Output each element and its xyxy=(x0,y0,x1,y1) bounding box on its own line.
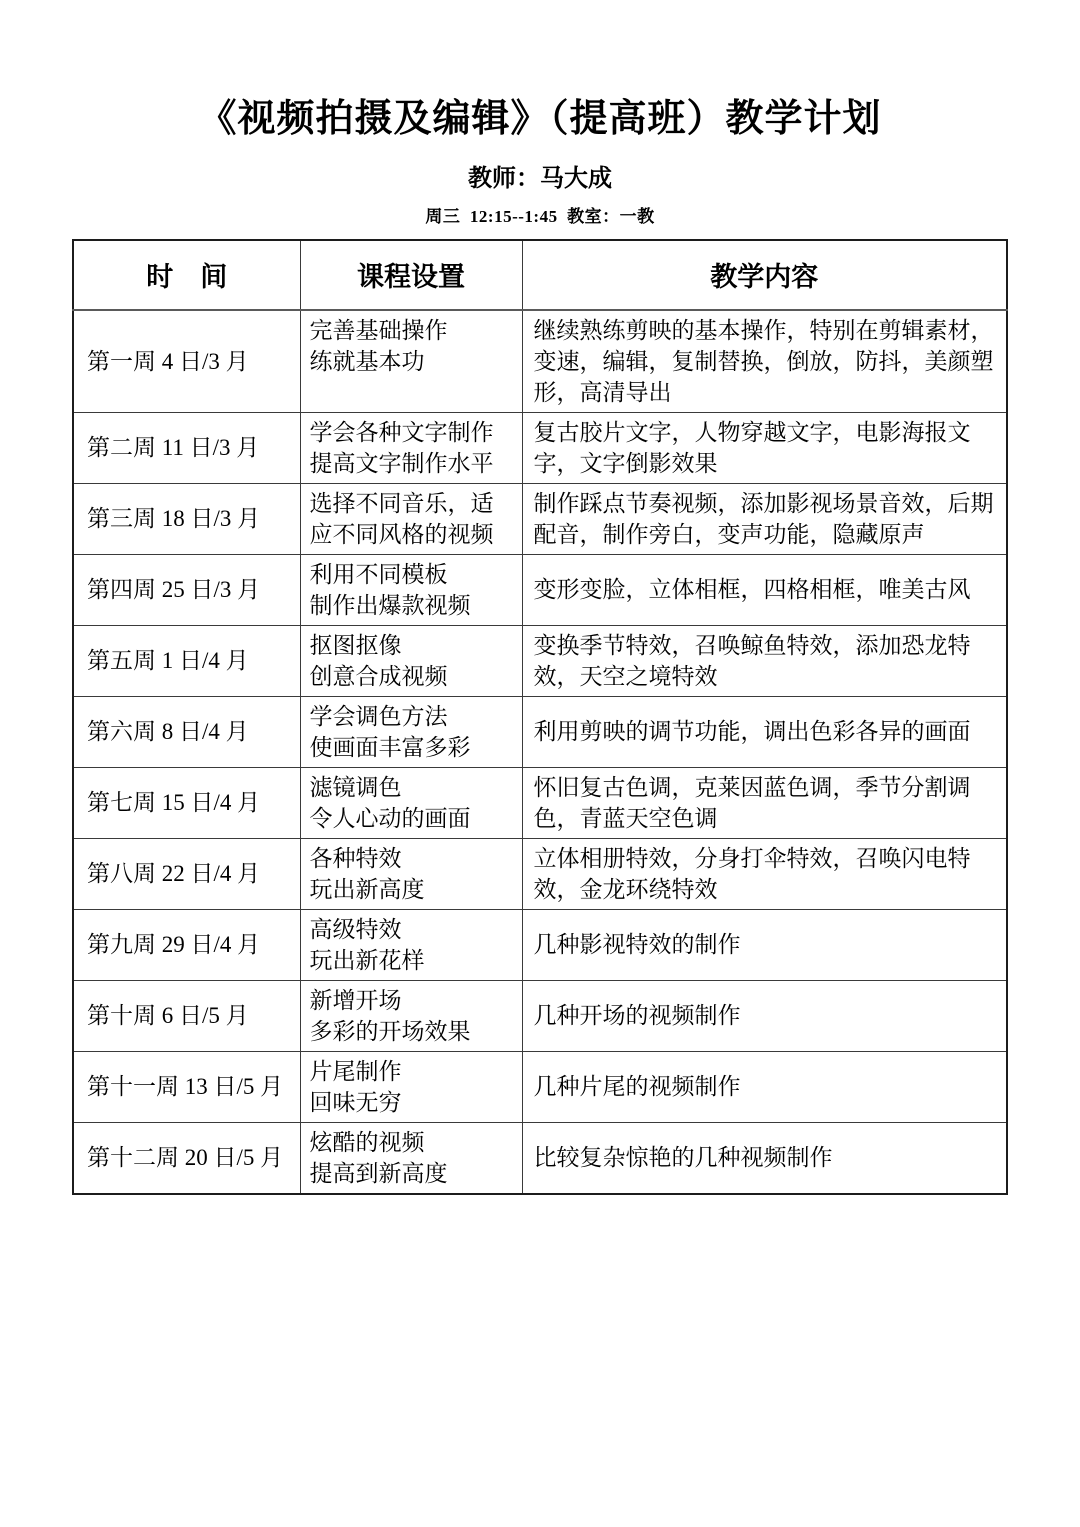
table-row: 第一周 4 日/3 月 完善基础操作 练就基本功 继续熟练剪映的基本操作，特别在… xyxy=(73,310,1007,413)
cell-course: 完善基础操作 练就基本功 xyxy=(300,310,522,413)
teaching-plan-table: 时 间 课程设置 教学内容 第一周 4 日/3 月 完善基础操作 练就基本功 继… xyxy=(72,239,1008,1195)
cell-course: 滤镜调色 令人心动的画面 xyxy=(300,767,522,838)
cell-time: 第十周 6 日/5 月 xyxy=(73,980,300,1051)
cell-time: 第三周 18 日/3 月 xyxy=(73,483,300,554)
cell-content: 几种影视特效的制作 xyxy=(522,909,1007,980)
column-header-time: 时 间 xyxy=(73,240,300,310)
cell-time: 第四周 25 日/3 月 xyxy=(73,554,300,625)
column-header-course: 课程设置 xyxy=(300,240,522,310)
cell-course: 炫酷的视频 提高到新高度 xyxy=(300,1122,522,1194)
cell-time: 第七周 15 日/4 月 xyxy=(73,767,300,838)
cell-course: 选择不同音乐，适应不同风格的视频 xyxy=(300,483,522,554)
table-row: 第五周 1 日/4 月 抠图抠像 创意合成视频 变换季节特效，召唤鲸鱼特效，添加… xyxy=(73,625,1007,696)
cell-course: 抠图抠像 创意合成视频 xyxy=(300,625,522,696)
cell-time: 第五周 1 日/4 月 xyxy=(73,625,300,696)
document-page: 《视频拍摄及编辑》（提高班）教学计划 教师：马大成 周三 12:15--1:45… xyxy=(0,0,1080,1527)
cell-content: 复古胶片文字，人物穿越文字，电影海报文字，文字倒影效果 xyxy=(522,412,1007,483)
cell-content: 立体相册特效，分身打伞特效，召唤闪电特效，金龙环绕特效 xyxy=(522,838,1007,909)
cell-content: 几种片尾的视频制作 xyxy=(522,1051,1007,1122)
column-header-content: 教学内容 xyxy=(522,240,1007,310)
cell-content: 变形变脸，立体相框，四格相框，唯美古风 xyxy=(522,554,1007,625)
table-row: 第六周 8 日/4 月 学会调色方法 使画面丰富多彩 利用剪映的调节功能，调出色… xyxy=(73,696,1007,767)
cell-content: 继续熟练剪映的基本操作，特别在剪辑素材，变速，编辑，复制替换，倒放，防抖，美颜塑… xyxy=(522,310,1007,413)
cell-course: 各种特效 玩出新高度 xyxy=(300,838,522,909)
table-row: 第九周 29 日/4 月 高级特效 玩出新花样 几种影视特效的制作 xyxy=(73,909,1007,980)
cell-course: 利用不同模板 制作出爆款视频 xyxy=(300,554,522,625)
cell-content: 怀旧复古色调，克莱因蓝色调，季节分割调色，青蓝天空色调 xyxy=(522,767,1007,838)
table-row: 第二周 11 日/3 月 学会各种文字制作 提高文字制作水平 复古胶片文字，人物… xyxy=(73,412,1007,483)
teacher-line: 教师：马大成 xyxy=(0,158,1080,193)
table-row: 第十一周 13 日/5 月 片尾制作 回味无穷 几种片尾的视频制作 xyxy=(73,1051,1007,1122)
page-title: 《视频拍摄及编辑》（提高班）教学计划 xyxy=(0,0,1080,142)
cell-content: 变换季节特效，召唤鲸鱼特效，添加恐龙特效，天空之境特效 xyxy=(522,625,1007,696)
cell-time: 第二周 11 日/3 月 xyxy=(73,412,300,483)
schedule-line: 周三 12:15--1:45 教室：一教 xyxy=(0,202,1080,227)
table-row: 第三周 18 日/3 月 选择不同音乐，适应不同风格的视频 制作踩点节奏视频，添… xyxy=(73,483,1007,554)
table-row: 第四周 25 日/3 月 利用不同模板 制作出爆款视频 变形变脸，立体相框，四格… xyxy=(73,554,1007,625)
table-row: 第十周 6 日/5 月 新增开场 多彩的开场效果 几种开场的视频制作 xyxy=(73,980,1007,1051)
table-row: 第七周 15 日/4 月 滤镜调色 令人心动的画面 怀旧复古色调，克莱因蓝色调，… xyxy=(73,767,1007,838)
cell-course: 高级特效 玩出新花样 xyxy=(300,909,522,980)
cell-time: 第八周 22 日/4 月 xyxy=(73,838,300,909)
table-row: 第十二周 20 日/5 月 炫酷的视频 提高到新高度 比较复杂惊艳的几种视频制作 xyxy=(73,1122,1007,1194)
cell-time: 第十二周 20 日/5 月 xyxy=(73,1122,300,1194)
cell-course: 片尾制作 回味无穷 xyxy=(300,1051,522,1122)
cell-content: 比较复杂惊艳的几种视频制作 xyxy=(522,1122,1007,1194)
cell-content: 几种开场的视频制作 xyxy=(522,980,1007,1051)
cell-content: 制作踩点节奏视频，添加影视场景音效，后期配音，制作旁白，变声功能，隐藏原声 xyxy=(522,483,1007,554)
table-row: 第八周 22 日/4 月 各种特效 玩出新高度 立体相册特效，分身打伞特效，召唤… xyxy=(73,838,1007,909)
cell-course: 新增开场 多彩的开场效果 xyxy=(300,980,522,1051)
cell-time: 第六周 8 日/4 月 xyxy=(73,696,300,767)
table-header-row: 时 间 课程设置 教学内容 xyxy=(73,240,1007,310)
cell-course: 学会各种文字制作 提高文字制作水平 xyxy=(300,412,522,483)
cell-time: 第十一周 13 日/5 月 xyxy=(73,1051,300,1122)
cell-time: 第一周 4 日/3 月 xyxy=(73,310,300,413)
cell-course: 学会调色方法 使画面丰富多彩 xyxy=(300,696,522,767)
cell-time: 第九周 29 日/4 月 xyxy=(73,909,300,980)
cell-content: 利用剪映的调节功能，调出色彩各异的画面 xyxy=(522,696,1007,767)
